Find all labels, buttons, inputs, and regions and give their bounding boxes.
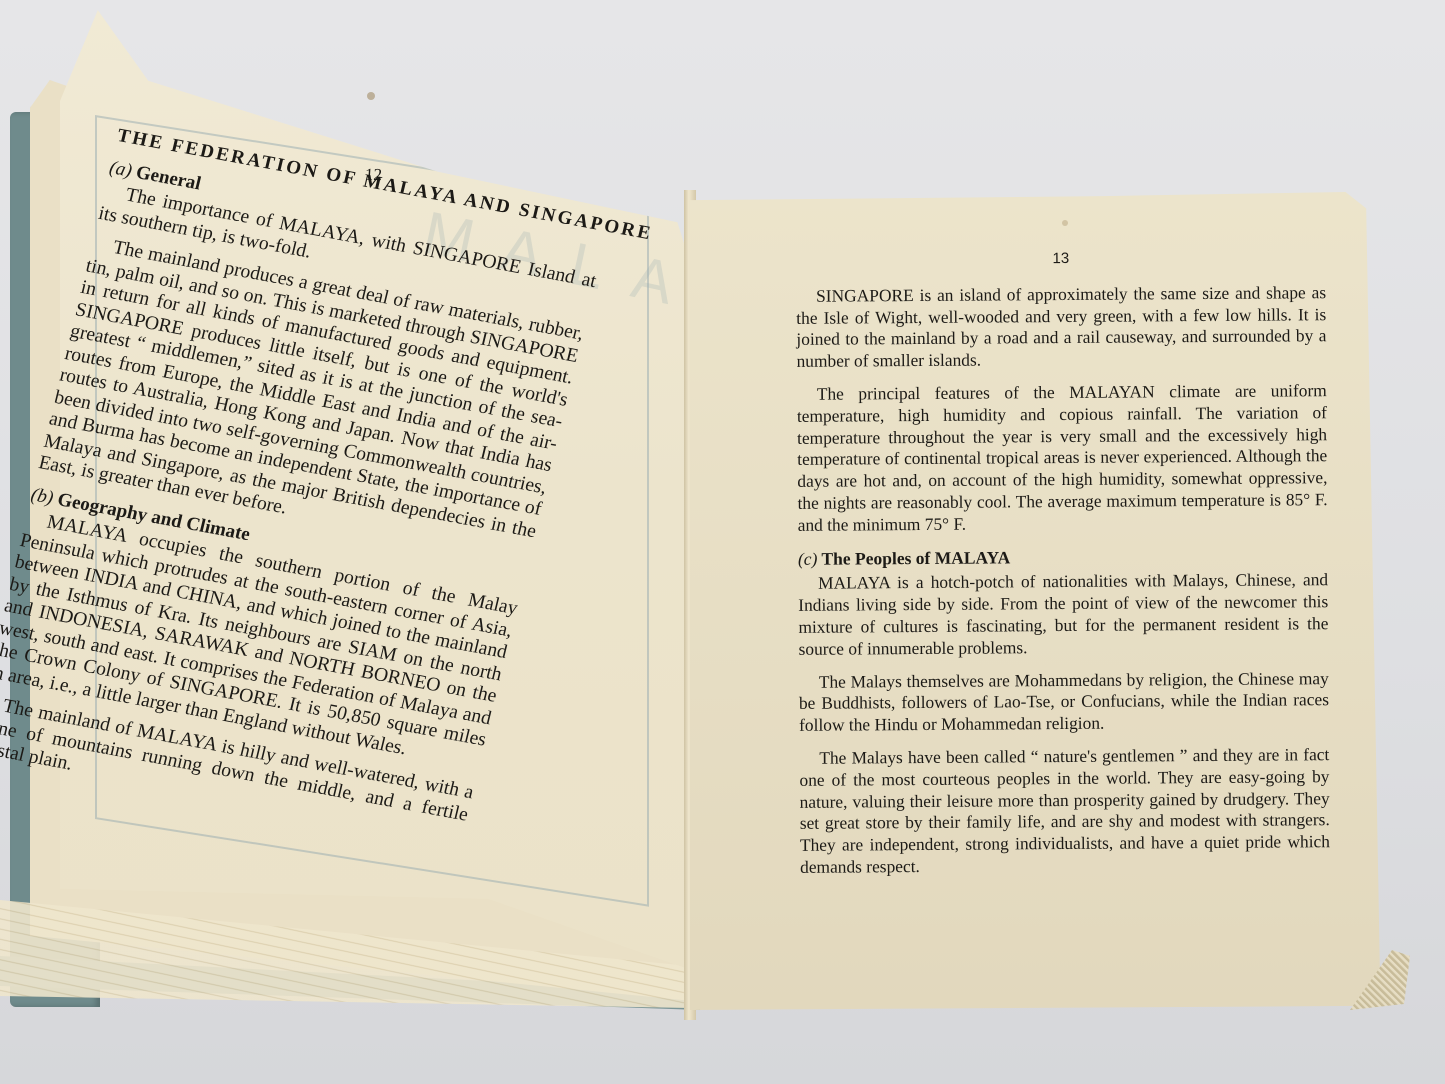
paragraph: MALAYA is a hotch-potch of nationalities…: [798, 570, 1329, 661]
section-marker: (a): [107, 157, 134, 181]
section-heading-text: The Peoples of MALAYA: [821, 547, 1010, 568]
paragraph: The Malays have been called “ nature's g…: [799, 744, 1330, 878]
page-number-right: 13: [796, 246, 1326, 271]
paragraph: The principal features of the MALAYAN cl…: [797, 380, 1328, 536]
paper-stain: [367, 92, 375, 100]
photo-scene: MALAYA 12 THE FEDERATION OF MALAYA AND S…: [0, 0, 1445, 1084]
page-number-left: 12: [364, 164, 382, 186]
right-page-text: 13 SINGAPORE is an island of approximate…: [796, 246, 1330, 889]
section-marker: (b): [29, 484, 56, 508]
paragraph: The Malays themselves are Mohammedans by…: [799, 668, 1329, 737]
section-heading-peoples: (c) The Peoples of MALAYA: [798, 545, 1328, 570]
paragraph: SINGAPORE is an island of approximately …: [796, 282, 1327, 373]
section-marker: (c): [798, 548, 818, 568]
paper-stain: [1062, 220, 1068, 226]
